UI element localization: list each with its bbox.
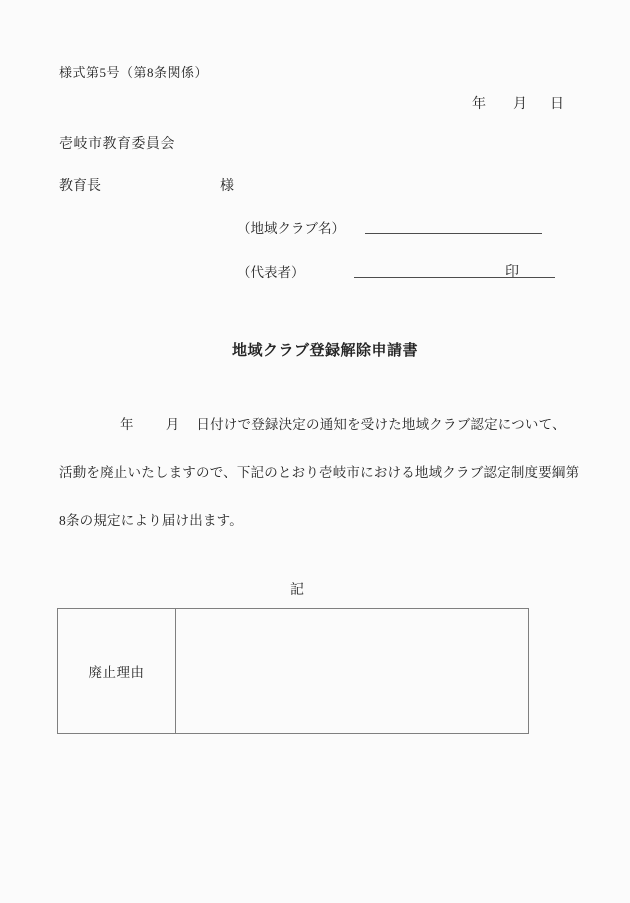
date-line: 年月日 xyxy=(472,93,564,113)
body-paragraph-line-2: 活動を廃止いたしますので、下記のとおり壱岐市における地域クラブ認定制度要綱第 xyxy=(59,461,579,481)
addressee-line: 教育長様 xyxy=(59,175,234,195)
body-year-label: 年 xyxy=(120,417,134,432)
reason-value-cell xyxy=(176,609,528,733)
addressee-organization: 壱岐市教育委員会 xyxy=(59,133,175,153)
club-name-fill-line xyxy=(365,225,542,234)
record-marker: 記 xyxy=(290,579,304,599)
club-name-label: （地域クラブ名） xyxy=(237,217,345,237)
date-year-label: 年 xyxy=(472,97,486,112)
date-day-label: 日 xyxy=(550,97,564,112)
representative-fill-line xyxy=(354,269,555,278)
body-paragraph-line-3: 8条の規定により届け出ます。 xyxy=(59,509,243,529)
date-month-label: 月 xyxy=(513,97,527,112)
form-number: 様式第5号（第8条関係） xyxy=(59,62,208,81)
document-page: 様式第5号（第8条関係） 年月日 壱岐市教育委員会 教育長様 （地域クラブ名） … xyxy=(0,0,630,903)
reason-table: 廃止理由 xyxy=(57,608,529,734)
document-title: 地域クラブ登録解除申請書 xyxy=(20,339,630,360)
body-paragraph-line-1: 年月日付けで登録決定の通知を受けた地域クラブ認定について、 xyxy=(120,413,566,433)
representative-label: （代表者） xyxy=(237,261,305,281)
honorific-sama: 様 xyxy=(220,179,234,194)
body-line-1-text: 日付けで登録決定の通知を受けた地域クラブ認定について、 xyxy=(196,417,565,432)
body-month-label: 月 xyxy=(166,417,180,432)
addressee-role: 教育長 xyxy=(59,179,101,194)
reason-label-cell: 廃止理由 xyxy=(58,609,176,733)
